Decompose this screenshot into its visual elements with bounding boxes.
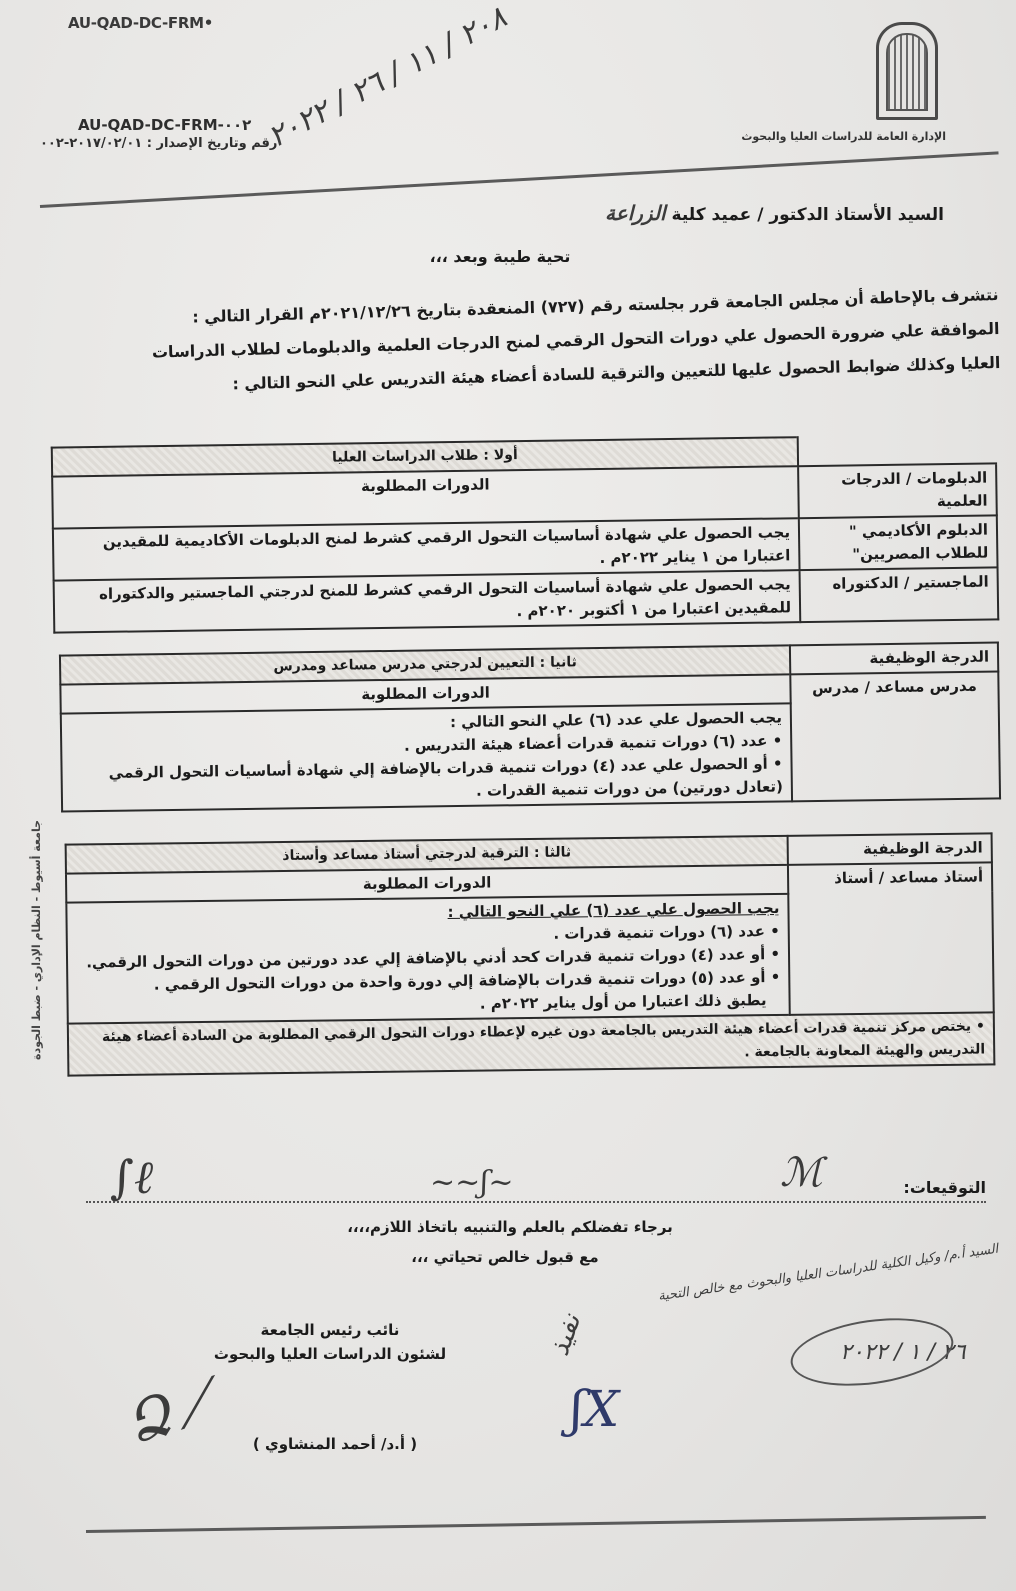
footer-divider xyxy=(86,1516,986,1533)
issue-date-line: رقم وتاريخ الإصدار : ٢٠١٧/٠٢/٠١-٠٠٢ xyxy=(40,136,277,151)
department-name: الإدارة العامة للدراسات العليا والبحوث xyxy=(741,130,946,143)
section1-col-degree-header: الدبلومات / الدرجات العلمية xyxy=(798,463,997,518)
signatures-label: التوقيعات: xyxy=(903,1178,986,1197)
grade-cell: أستاذ مساعد / أستاذ xyxy=(788,862,994,1014)
vice-president-signature: Ձ⟋ xyxy=(122,1369,223,1458)
greeting: تحية طيبة وبعد ،،، xyxy=(300,240,700,274)
form-code: AU-QAD-DC-FRM-٠٠٢ xyxy=(78,116,251,134)
section3-col-grade-header: الدرجة الوظيفية xyxy=(788,833,992,864)
handwritten-reference: ٢٠٨ / ١١ / ٢٦ / ٢٠٢٢ xyxy=(262,0,512,155)
middle-signature: ʃX xyxy=(570,1380,619,1438)
section2-col-grade-header: الدرجة الوظيفية xyxy=(790,642,998,674)
handwritten-note-right: السيد أ.م/ وكيل الكلية للدراسات العليا و… xyxy=(621,1242,999,1310)
requirement-cell: يجب الحصول علي شهادة أساسيات التحول الرق… xyxy=(54,570,801,632)
requirement-cell: يجب الحصول علي عدد (٦) علي النحو التالي … xyxy=(66,894,789,1024)
signatory-name: ( أ.د/ أحمد المنشاوي ) xyxy=(235,1435,435,1453)
side-margin-text: جامعة أسيوط - النظام الإداري - ضبط الجود… xyxy=(30,820,43,1060)
addressee-line: السيد الأستاذ الدكتور / عميد كلية الزراع… xyxy=(244,196,944,232)
list-item: أو الحصول علي عدد (٤) دورات تنمية قدرات … xyxy=(70,752,783,808)
signatory-title: نائب رئيس الجامعة لشئون الدراسات العليا … xyxy=(200,1318,460,1366)
form-code-top: AU-QAD-DC-FRM• xyxy=(68,14,213,32)
regards-line: مع قبول خالص تحياتي ،،، xyxy=(360,1248,650,1266)
section3-table: الدرجة الوظيفية ثالثا : الترقية لدرجتي أ… xyxy=(65,832,996,1076)
letter-body: نتشرف بالإحاطة أن مجلس الجامعة قرر بجلست… xyxy=(60,278,1000,406)
scanned-document-page: AU-QAD-DC-FRM• ٢٠٨ / ١١ / ٢٦ / ٢٠٢٢ AU-Q… xyxy=(0,0,1016,1591)
signature-2: ~~ʃ~ xyxy=(430,1165,514,1200)
degree-cell: الدبلوم الأكاديمي " للطلاب المصريين" xyxy=(799,515,998,570)
signature-1: ∫ℓ xyxy=(110,1150,153,1204)
degree-cell: الماجستير / الدكتوراه xyxy=(800,567,999,622)
grade-cell: مدرس مساعد / مدرس xyxy=(790,671,1000,801)
date-circle xyxy=(786,1309,957,1395)
requirement-cell: يجب الحصول علي عدد (٦) علي النحو التالي … xyxy=(61,703,792,811)
request-line: برجاء تفضلكم بالعلم والتنبيه باتخاذ اللا… xyxy=(300,1218,720,1236)
note-cell: يختص مركز تنمية قدرات أعضاء هيئة التدريس… xyxy=(68,1012,995,1075)
signature-3: ℳ xyxy=(780,1150,823,1196)
signatures-line: التوقيعات: xyxy=(86,1178,986,1203)
handwritten-note-middle: نفيذ xyxy=(545,1310,588,1360)
section2-table: الدرجة الوظيفية ثانيا : التعيين لدرجتي م… xyxy=(59,641,1001,812)
section1-table: أولا : طلاب الدراسات العليا الدبلومات / … xyxy=(51,433,1000,633)
university-logo-icon xyxy=(876,22,938,120)
